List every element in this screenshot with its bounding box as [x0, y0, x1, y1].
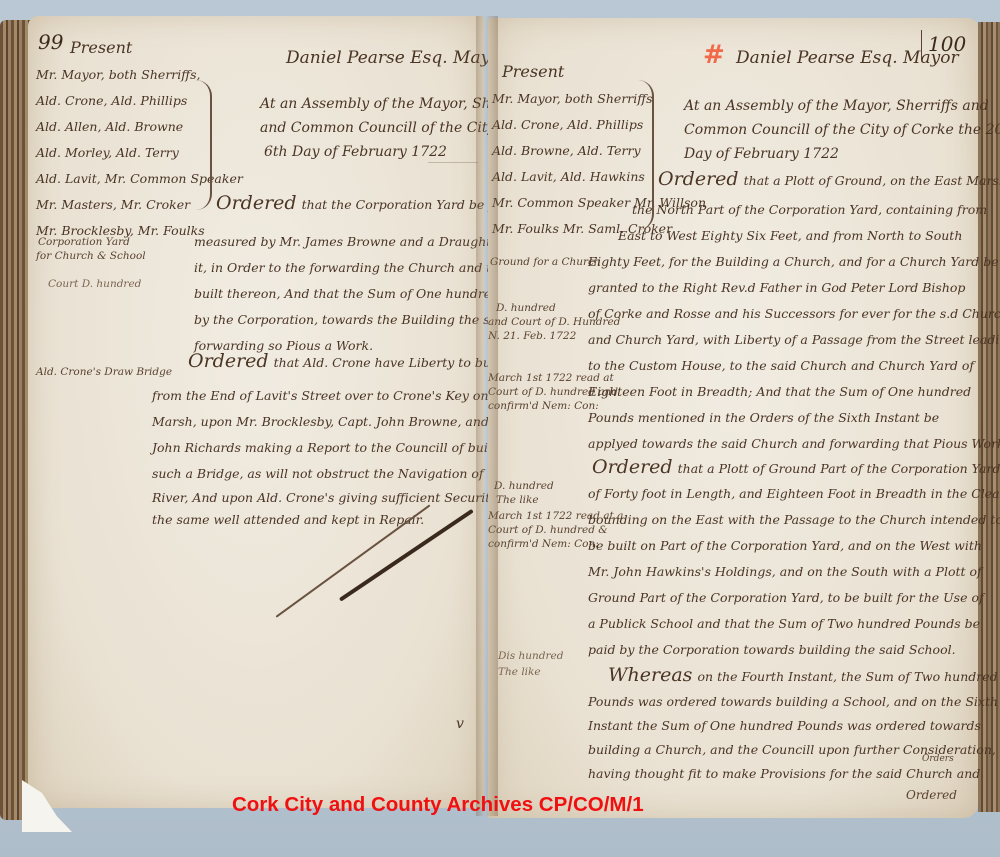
- catchword: Ordered: [906, 788, 957, 802]
- order-opening-word: Ordered: [592, 456, 673, 478]
- heading-rule: [428, 162, 478, 163]
- order-line: of Forty foot in Length, and Eighteen Fo…: [588, 486, 1000, 501]
- order-line: granted to the Right Rev.d Father in God…: [588, 280, 965, 295]
- margin-note: March 1st 1722 read at: [488, 372, 614, 384]
- order-line: Pounds was ordered towards building a Sc…: [588, 694, 998, 709]
- order-line: Marsh, upon Mr. Brocklesby, Capt. John B…: [152, 414, 527, 429]
- order-line: John Richards making a Report to the Cou…: [152, 440, 520, 455]
- order-opening-word: Ordered: [188, 350, 269, 372]
- book-gutter: [476, 16, 498, 816]
- present-label-left: Present: [70, 38, 132, 57]
- assembly-heading-line: Day of February 1722: [684, 146, 839, 162]
- order-line: and Church Yard, with Liberty of a Passa…: [588, 332, 1000, 347]
- margin-note: confirm'd Nem: Con:: [488, 400, 599, 412]
- order-line: bounding on the East with the Passage to…: [588, 512, 1000, 527]
- order-line: Instant the Sum of One hundred Pounds wa…: [588, 718, 981, 733]
- whereas-opening-word: Whereas: [608, 664, 692, 686]
- order-line: that a Plott of Ground, on the East Mars…: [744, 173, 1000, 188]
- margin-note: The like: [498, 666, 541, 678]
- order-opening-word: Ordered: [658, 168, 739, 190]
- attendee-line: Ald. Browne, Ald. Terry: [492, 138, 706, 164]
- whereas-entry: Whereas on the Fourth Instant, the Sum o…: [608, 664, 998, 686]
- order-line: Mr. John Hawkins's Holdings, and on the …: [588, 564, 982, 579]
- margin-note: Ground for a Church: [490, 256, 601, 268]
- order-line: paid by the Corporation towards building…: [588, 642, 956, 657]
- order-line: applyed towards the said Church and forw…: [588, 436, 1000, 451]
- left-page: 99 Present Mr. Mayor, both Sherriffs, Al…: [28, 16, 484, 808]
- order-entry: Ordered that a Plott of Ground Part of t…: [592, 456, 1000, 478]
- book-spread: 99 Present Mr. Mayor, both Sherriffs, Al…: [0, 10, 1000, 842]
- margin-note: N. 21. Feb. 1722: [488, 330, 576, 342]
- order-line: Ground Part of the Corporation Yard, to …: [588, 590, 984, 605]
- archive-watermark-caption: Cork City and County Archives CP/CO/M/1: [232, 793, 644, 817]
- attendee-line: Mr. Mayor, both Sherriffs,: [36, 62, 243, 88]
- order-line: East to West Eighty Six Feet, and from N…: [618, 228, 962, 243]
- order-line: such a Bridge, as will not obstruct the …: [152, 466, 508, 481]
- order-line: the same well attended and kept in Repai…: [152, 512, 424, 527]
- margin-note: Ald. Crone's Draw Bridge: [36, 366, 172, 378]
- attendee-brace-left: [196, 80, 212, 210]
- interlinear-insertion: Orders: [922, 754, 954, 764]
- present-label-right: Present: [502, 62, 564, 81]
- margin-note: for Church & School: [36, 250, 146, 262]
- attendee-list-right: Mr. Mayor, both Sherriffs Ald. Crone, Al…: [492, 86, 706, 242]
- order-opening-word: Ordered: [216, 192, 297, 214]
- margin-note: Corporation Yard: [38, 236, 130, 248]
- order-entry: Ordered that a Plott of Ground, on the E…: [658, 168, 1000, 190]
- order-line: Eighty Feet, for the Building a Church, …: [588, 254, 999, 269]
- order-line: be built on Part of the Corporation Yard…: [588, 538, 982, 553]
- right-page: 100 # Present Mr. Mayor, both Sherriffs …: [488, 18, 978, 818]
- red-hash-mark: #: [703, 40, 725, 70]
- attendee-line: Mr. Mayor, both Sherriffs: [492, 86, 706, 112]
- order-line: a Publick School and that the Sum of Two…: [588, 616, 980, 631]
- order-line: on the Fourth Instant, the Sum of Two hu…: [698, 669, 998, 684]
- order-line: of Corke and Rosse and his Successors fo…: [588, 306, 1000, 321]
- order-line: having thought fit to make Provisions fo…: [588, 766, 980, 781]
- attendee-line: Ald. Crone, Ald. Phillips: [492, 112, 706, 138]
- order-line: to the Custom House, to the said Church …: [588, 358, 974, 373]
- stray-mark: v: [456, 716, 464, 732]
- assembly-heading-line: At an Assembly of the Mayor, Sherriffs a…: [684, 98, 989, 114]
- assembly-heading-line: 6th Day of February 1722: [264, 144, 447, 160]
- folio-number-left: 99: [38, 30, 63, 54]
- order-line: the North Part of the Corporation Yard, …: [632, 202, 987, 217]
- margin-note: Dis hundred: [498, 650, 563, 662]
- margin-note: D. hundred: [494, 480, 554, 492]
- order-line: that a Plott of Ground Part of the Corpo…: [678, 461, 1000, 476]
- order-line: Eighteen Foot in Breadth; And that the S…: [588, 384, 971, 399]
- margin-note: confirm'd Nem: Con:: [488, 538, 599, 550]
- assembly-heading-line: Common Councill of the City of Corke the…: [684, 122, 1000, 138]
- order-line: Pounds mentioned in the Orders of the Si…: [588, 410, 939, 425]
- margin-note: Court D. hundred: [48, 278, 141, 290]
- mayor-heading-right: Daniel Pearse Esq. Mayor: [736, 48, 959, 68]
- margin-note: The like: [496, 494, 539, 506]
- margin-note: D. hundred: [496, 302, 556, 314]
